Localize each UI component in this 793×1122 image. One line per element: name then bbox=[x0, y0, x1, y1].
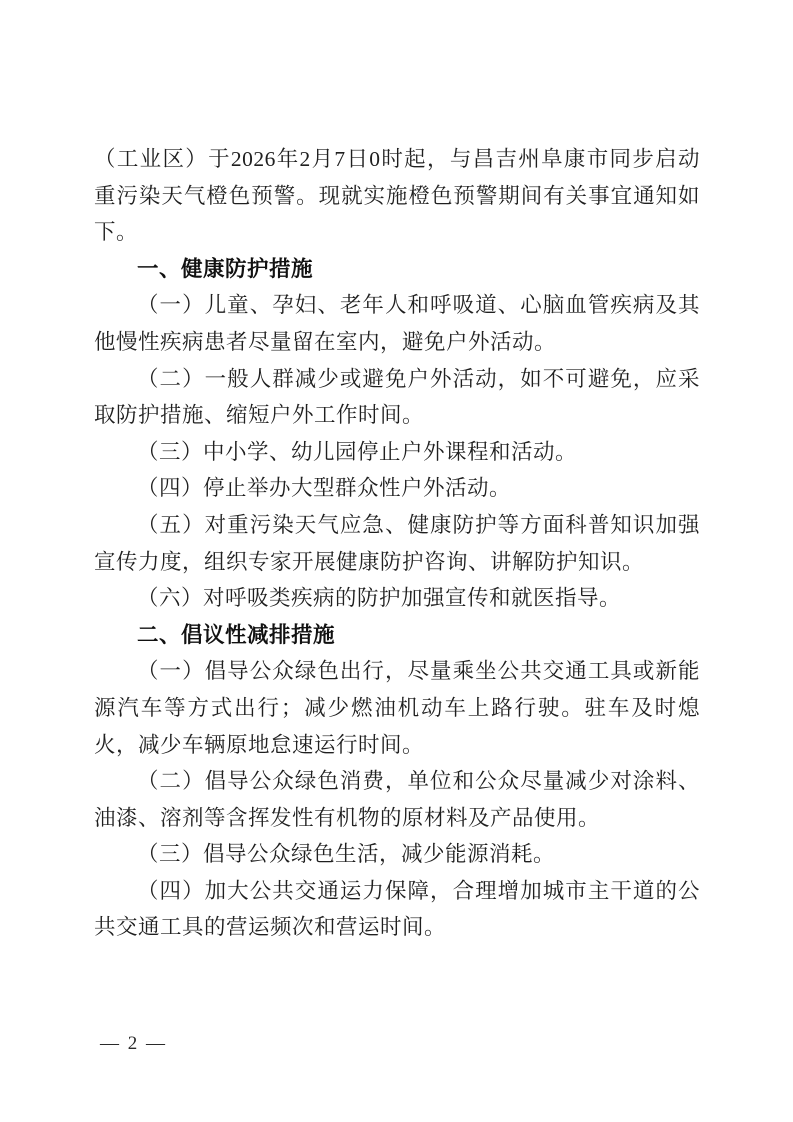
section1-item-4: （四）停止举办大型群众性户外活动。 bbox=[94, 470, 700, 507]
section1-item-2: （二）一般人群减少或避免户外活动，如不可避免，应采取防护措施、缩短户外工作时间。 bbox=[94, 361, 700, 434]
intro-paragraph-continuation: （工业区）于2026年2月7日0时起，与昌吉州阜康市同步启动重污染天气橙色预警。… bbox=[94, 141, 700, 251]
section2-item-2: （二）倡导公众绿色消费，单位和公众尽量减少对涂料、油漆、溶剂等含挥发性有机物的原… bbox=[94, 763, 700, 836]
section2-item-4: （四）加大公共交通运力保障，合理增加城市主干道的公共交通工具的营运频次和营运时间… bbox=[94, 873, 700, 946]
section-heading-advocacy-emission-reduction: 二、倡议性减排措施 bbox=[94, 617, 700, 654]
section2-item-3: （三）倡导公众绿色生活，减少能源消耗。 bbox=[94, 836, 700, 873]
section1-item-3: （三）中小学、幼儿园停止户外课程和活动。 bbox=[94, 434, 700, 471]
document-body: （工业区）于2026年2月7日0时起，与昌吉州阜康市同步启动重污染天气橙色预警。… bbox=[94, 141, 700, 946]
section1-item-1: （一）儿童、孕妇、老年人和呼吸道、心脑血管疾病及其他慢性疾病患者尽量留在室内，避… bbox=[94, 287, 700, 360]
section2-item-1: （一）倡导公众绿色出行，尽量乘坐公共交通工具或新能源汽车等方式出行；减少燃油机动… bbox=[94, 653, 700, 763]
section1-item-5: （五）对重污染天气应急、健康防护等方面科普知识加强宣传力度，组织专家开展健康防护… bbox=[94, 507, 700, 580]
document-page: （工业区）于2026年2月7日0时起，与昌吉州阜康市同步启动重污染天气橙色预警。… bbox=[0, 0, 793, 1122]
section1-item-6: （六）对呼吸类疾病的防护加强宣传和就医指导。 bbox=[94, 580, 700, 617]
page-number: — 2 — bbox=[100, 1033, 167, 1055]
section-heading-health-protection: 一、健康防护措施 bbox=[94, 251, 700, 288]
